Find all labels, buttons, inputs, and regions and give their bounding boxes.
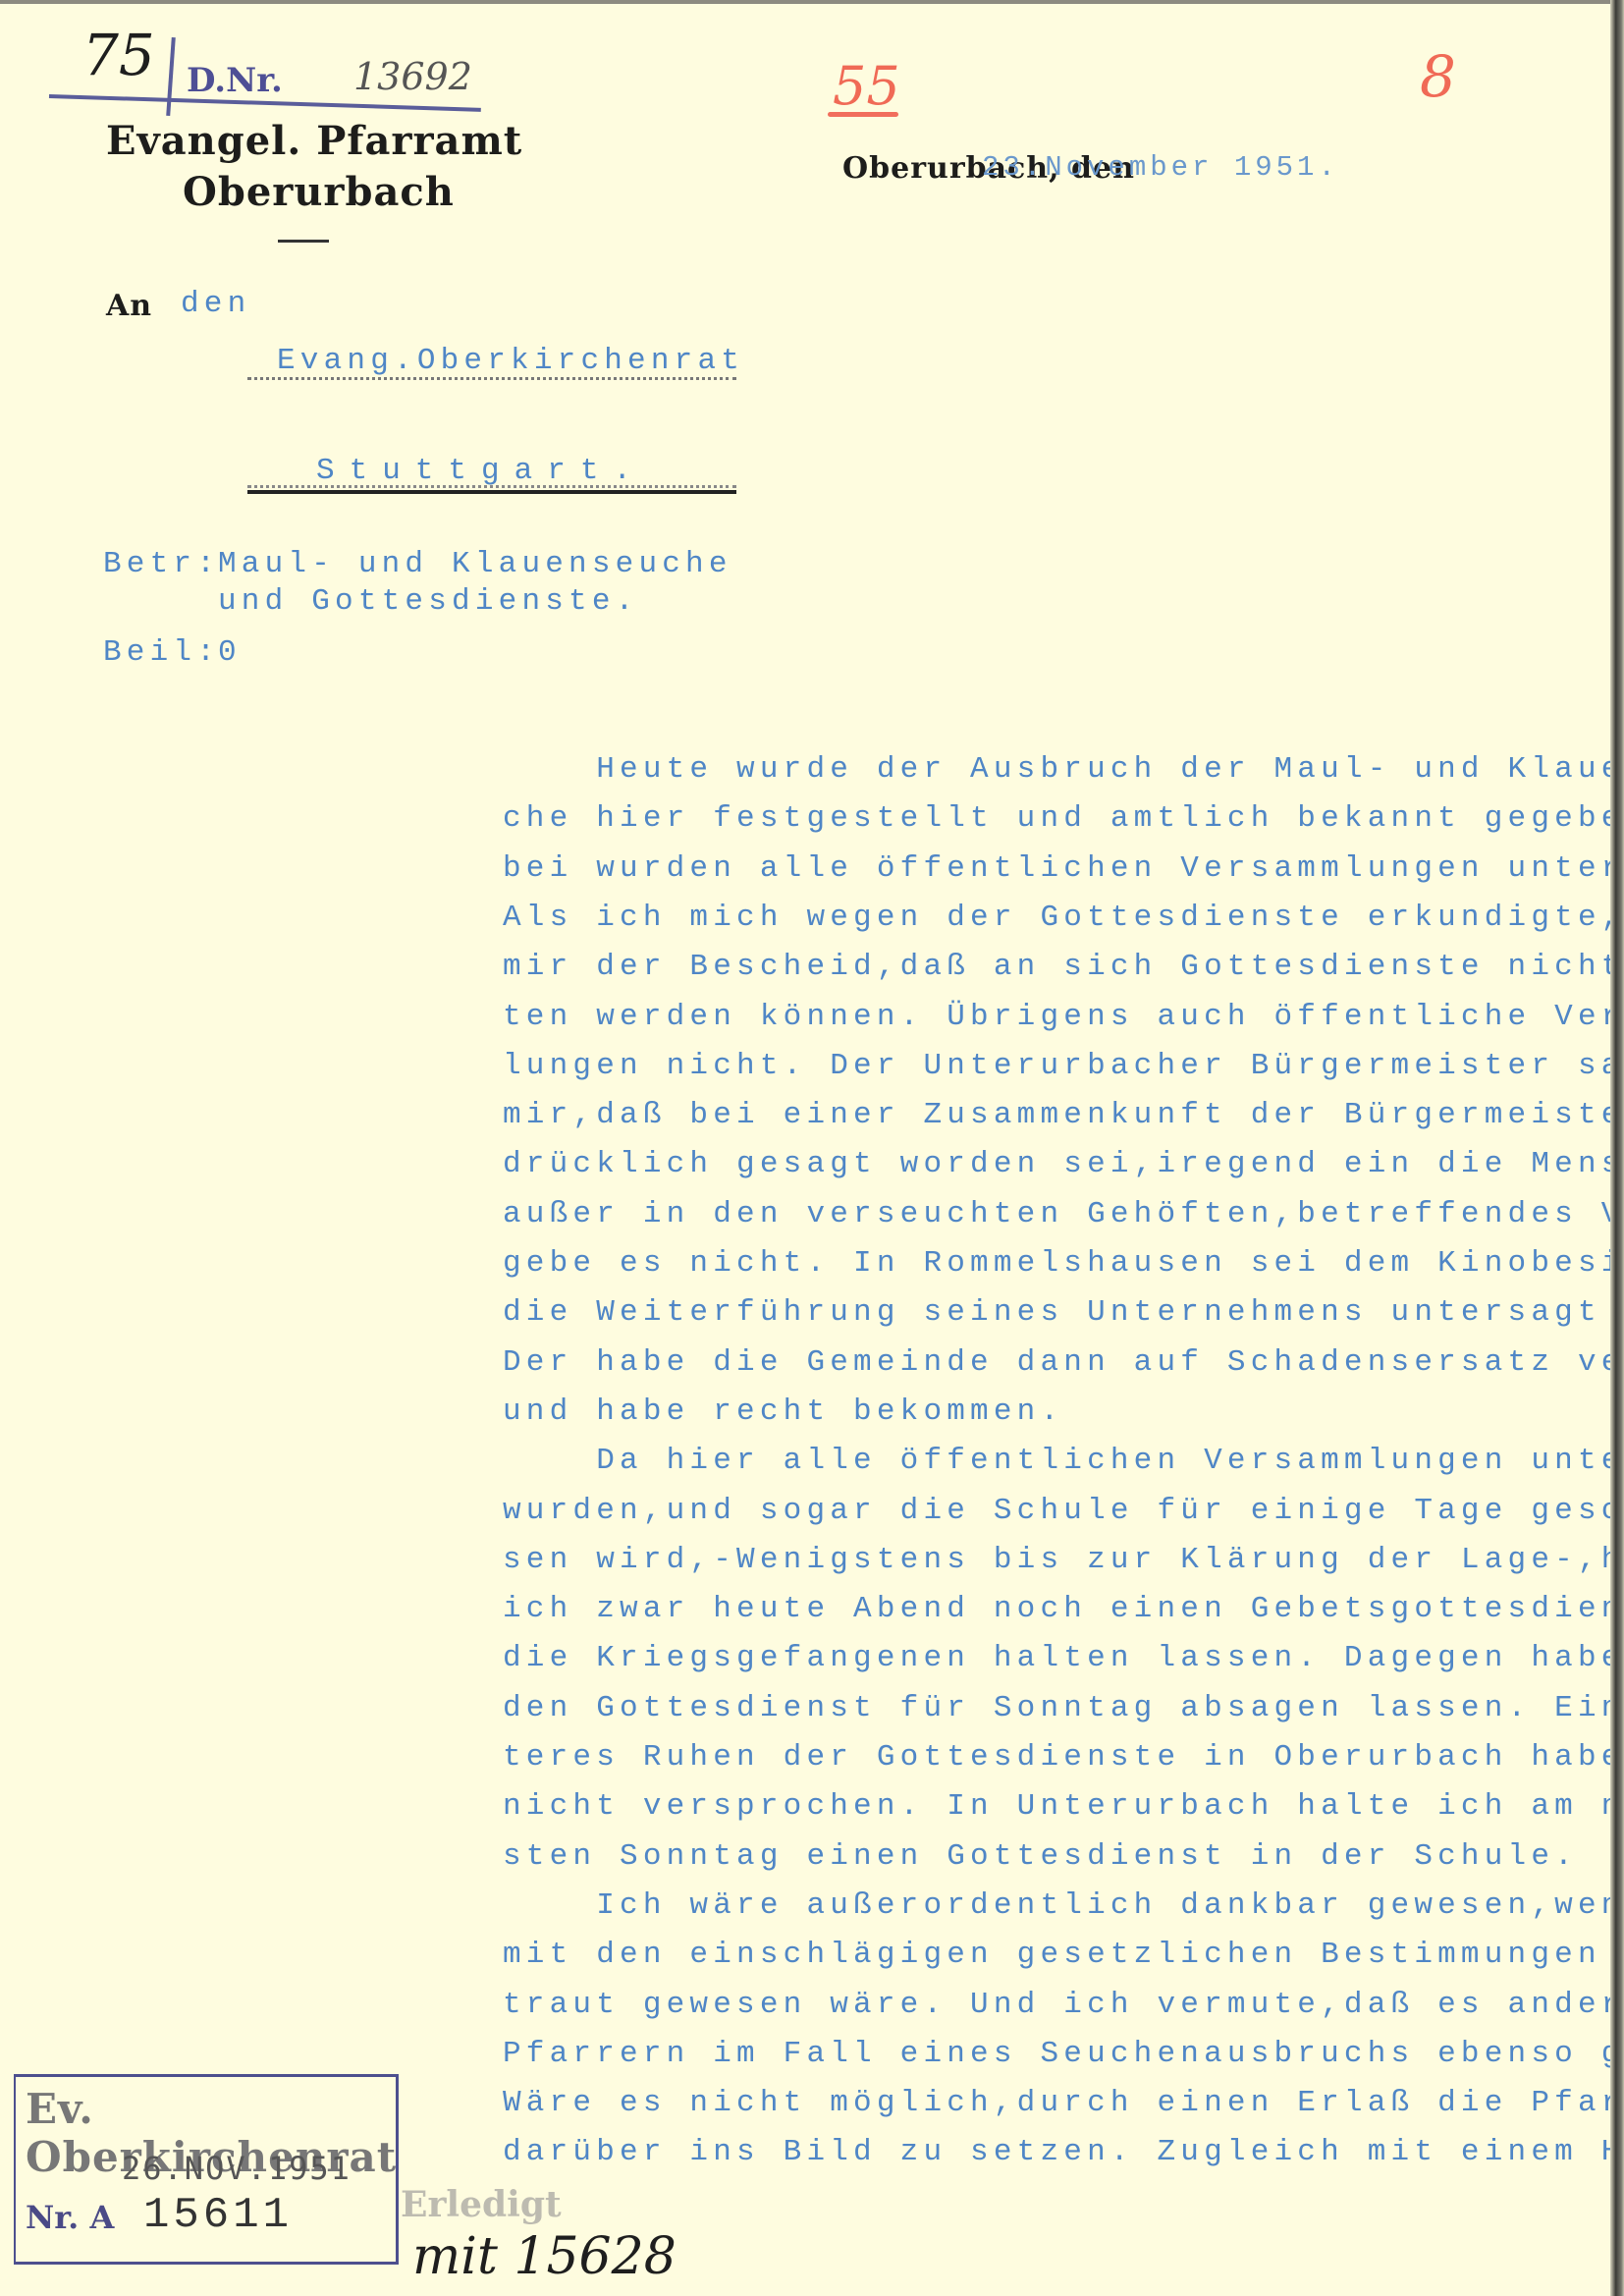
body-line: drücklich gesagt worden sei,iregend ein … — [503, 1147, 1624, 1181]
recipient-dotted-rule — [247, 377, 736, 380]
handwritten-cross-reference: mit 15628 — [412, 2227, 677, 2286]
body-line: und habe recht bekommen. — [503, 1394, 1063, 1429]
red-pencil-number: 55 — [833, 55, 900, 117]
body-line: Da hier alle öffentlichen Versammlungen … — [503, 1444, 1624, 1478]
body-line: gebe es nicht. In Rommelshausen sei dem … — [503, 1246, 1624, 1281]
body-line: die Weiterführung seines Unternehmens un… — [503, 1295, 1624, 1330]
body-line: die Kriegsgefangenen halten lassen. Dage… — [503, 1641, 1624, 1675]
body-line: che hier festgestellt und amtlich bekann… — [503, 801, 1624, 836]
body-line: mir der Bescheid,daß an sich Gottesdiens… — [503, 950, 1624, 984]
stamp-number-value: 15611 — [143, 2191, 293, 2240]
letterhead-line1: Evangel. Pfarramt — [106, 118, 522, 164]
body-line: bei wurden alle öffentlichen Versammlung… — [503, 851, 1624, 886]
body-line: sten Sonntag einen Gottesdienst in der S… — [503, 1839, 1578, 1874]
subject-line-1: Maul- und Klauenseuche — [218, 547, 732, 581]
body-line: Pfarrern im Fall eines Seuchenausbruchs … — [503, 2037, 1624, 2071]
body-line: nicht versprochen. In Unterurbach halte … — [503, 1789, 1624, 1824]
body-line: Ich wäre außerordentlich dankbar gewesen… — [503, 1888, 1624, 1923]
body-line: mit den einschlägigen gesetzlichen Besti… — [503, 1938, 1624, 1972]
body-line: den Gottesdienst für Sonntag absagen las… — [503, 1691, 1624, 1725]
city-solid-rule — [247, 490, 736, 494]
enclosure-value: 0 — [218, 635, 242, 670]
dnr-stamp-label: D.Nr. — [187, 61, 283, 100]
dnr-value: 13692 — [353, 55, 472, 98]
body-line: ten werden können. Übrigens auch öffentl… — [503, 1000, 1624, 1034]
document-page: 75 D.Nr. 13692 Evangel. Pfarramt Oberurb… — [0, 0, 1610, 2296]
city-dotted-rule — [247, 485, 736, 488]
erledigt-stamp: Erledigt — [401, 2184, 562, 2225]
stamp-date: 26.NOV.1951 — [122, 2150, 352, 2187]
enclosure-label: Beil: — [103, 635, 220, 670]
stamp-number-label: Nr. A — [26, 2199, 114, 2236]
subject-label: Betr: — [103, 547, 220, 581]
recipient-city: Stuttgart. — [316, 454, 646, 488]
body-line: traut gewesen wäre. Und ich vermute,daß … — [503, 1988, 1624, 2022]
handwritten-reference-number: 75 — [82, 22, 155, 88]
body-line: sen wird,-Wenigstens bis zur Klärung der… — [503, 1543, 1624, 1577]
receipt-stamp: Ev. Oberkirchenrat 26.NOV.1951 Nr. A 156… — [14, 2074, 399, 2265]
address-prefix-typed: den — [181, 287, 250, 321]
body-line: ich zwar heute Abend noch einen Gebetsgo… — [503, 1592, 1624, 1626]
body-line: Wäre es nicht möglich,durch einen Erlaß … — [503, 2086, 1624, 2120]
body-line: lungen nicht. Der Unterurbacher Bürgerme… — [503, 1049, 1624, 1083]
page-edge-shadow — [1610, 0, 1624, 2296]
subject-line-2: und Gottesdienste. — [218, 584, 638, 619]
letterhead-rule — [278, 240, 329, 243]
body-line: darüber ins Bild zu setzen. Zugleich mit… — [503, 2135, 1624, 2169]
dateline-date: 23.November 1951. — [982, 151, 1339, 184]
dnr-divider — [166, 37, 176, 116]
body-line: mir,daß bei einer Zusammenkunft der Bürg… — [503, 1098, 1624, 1132]
red-page-number: 8 — [1420, 43, 1456, 110]
address-prefix-printed: An — [106, 289, 152, 323]
body-line: Der habe die Gemeinde dann auf Schadense… — [503, 1345, 1624, 1380]
body-line: Heute wurde der Ausbruch der Maul- und K… — [503, 752, 1624, 787]
letterhead-line2: Oberurbach — [183, 169, 455, 215]
red-pencil-underline — [828, 112, 898, 117]
body-line: wurden,und sogar die Schule für einige T… — [503, 1494, 1624, 1528]
body-line: Als ich mich wegen der Gottesdienste erk… — [503, 901, 1624, 935]
body-line: außer in den verseuchten Gehöften,betref… — [503, 1197, 1624, 1231]
recipient-name: Evang.Oberkirchenrat — [277, 344, 744, 378]
body-line: teres Ruhen der Gottesdienste in Oberurb… — [503, 1740, 1624, 1775]
